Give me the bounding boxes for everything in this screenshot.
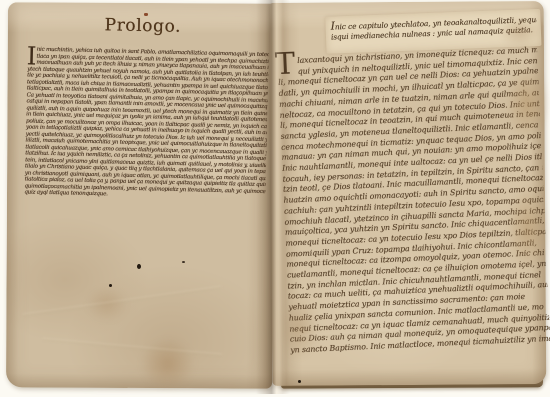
- manuscript-photo: Prologo. I nic muchintin, yehica iuh qui…: [0, 0, 550, 397]
- heading-text-block: Inic ce capitulo ytechlatoa, yn teoakana…: [330, 14, 537, 48]
- right-drop-cap: T: [275, 50, 296, 79]
- left-drop-cap: I: [26, 44, 36, 68]
- left-text-block: nic muchintin, yehica iuh quitoa in sant…: [24, 46, 268, 202]
- page-title: Prologo.: [78, 15, 208, 38]
- right-text-block: laxcantoqui yn tichristiano, yn imonequi…: [277, 45, 550, 357]
- right-page: Inic ce capitulo ytechlatoa, yn teoakana…: [270, 1, 547, 386]
- left-page: Prologo. I nic muchintin, yehica iuh qui…: [6, 2, 274, 388]
